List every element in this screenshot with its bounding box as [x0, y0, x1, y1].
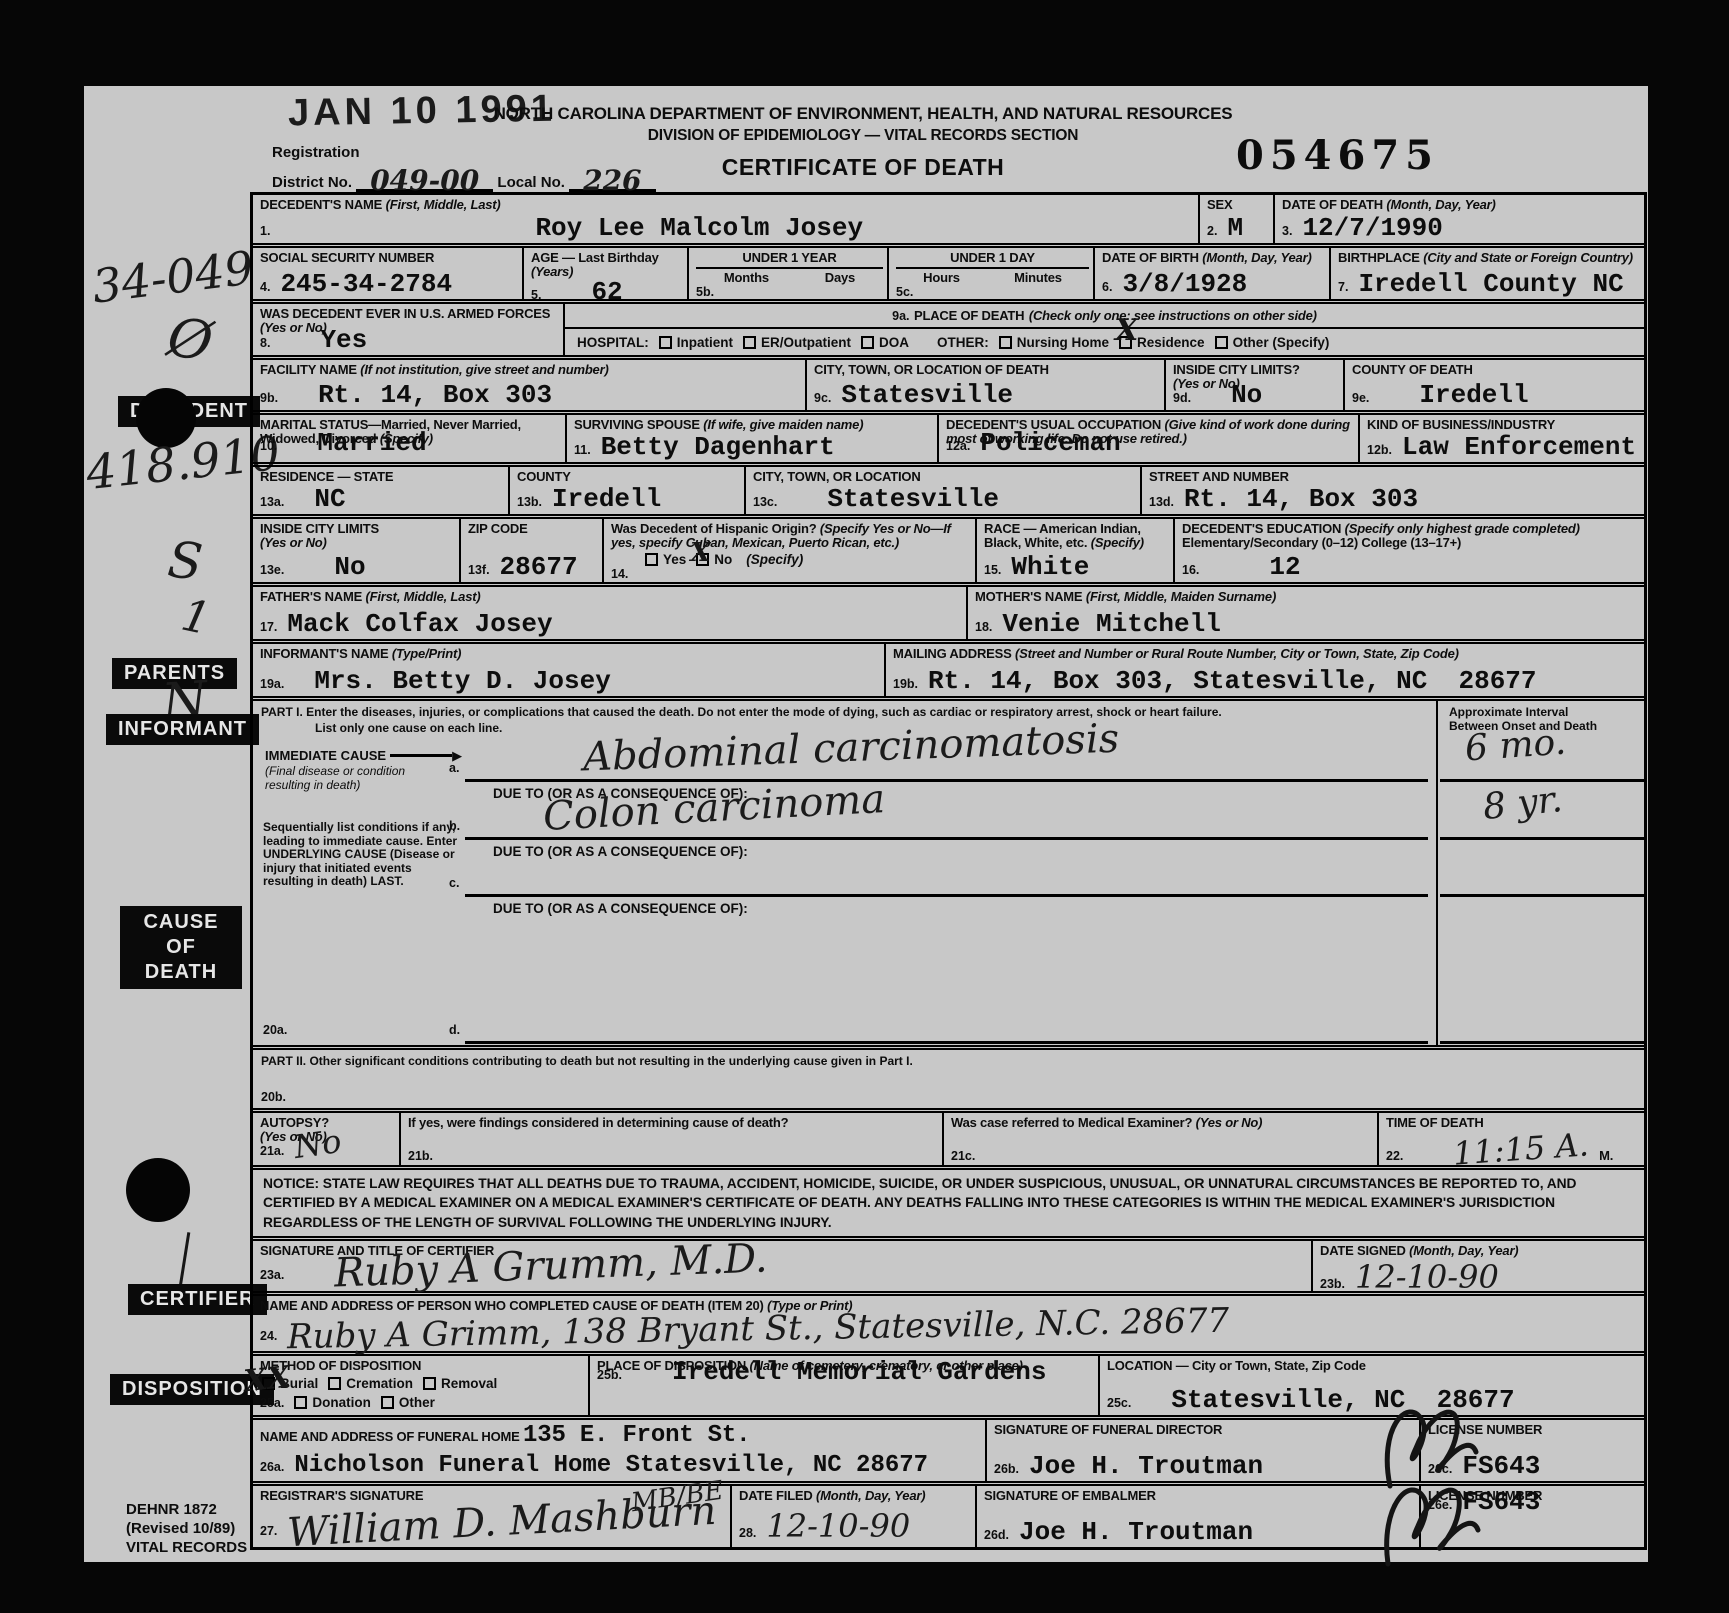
punch-hole-bottom [126, 1158, 190, 1222]
birthplace-field: BIRTHPLACE (City and State or Foreign Co… [1329, 248, 1644, 299]
funeral-director-license-value: FS643 [1462, 1453, 1540, 1479]
ssn-value: 245-34-2784 [280, 271, 452, 297]
medical-examiner-notice: NOTICE: STATE LAW REQUIRES THAT ALL DEAT… [253, 1170, 1644, 1236]
form-number-block: DEHNR 1872 (Revised 10/89) VITAL RECORDS [126, 1500, 247, 1557]
time-of-death-value: 11:15 A. [1452, 1125, 1590, 1172]
registration-label: Registration [272, 144, 656, 161]
facility-name-value: Rt. 14, Box 303 [318, 382, 552, 408]
residence-state-value: NC [314, 486, 345, 512]
place-of-disposition-field: PLACE OF DISPOSITION (Name of cemetery, … [588, 1356, 1098, 1415]
place-of-disposition-value: Iredell Memorial Gardens [672, 1359, 1046, 1385]
residence-street-field: STREET AND NUMBER 13d.Rt. 14, Box 303 [1140, 467, 1644, 514]
local-no-value: 226 [569, 172, 655, 192]
time-of-death-meridiem-label: M. [1599, 1149, 1613, 1163]
cause-line-b-rule [465, 837, 1428, 840]
date-filed-field: DATE FILED (Month, Day, Year) 28.12-10-9… [730, 1486, 975, 1547]
district-no-value: 049-00 [356, 172, 493, 192]
date-of-death-value: 12/7/1990 [1302, 215, 1442, 241]
education-value: 12 [1269, 554, 1300, 580]
other-group-label: OTHER: [937, 335, 989, 350]
other-specify-checkbox [1215, 336, 1228, 349]
mother-name-field: MOTHER'S NAME (First, Middle, Maiden Sur… [966, 587, 1644, 639]
industry-value: Law Enforcement [1402, 434, 1636, 460]
method-of-disposition-field: METHOD OF DISPOSITION XXBurial Cremation… [253, 1356, 588, 1415]
zip-code-field: ZIP CODE 13f.28677 [459, 519, 602, 582]
mailing-address-value: Rt. 14, Box 303, Statesville, NC 28677 [928, 668, 1537, 694]
inpatient-checkbox [659, 336, 672, 349]
surviving-spouse-value: Betty Dagenhart [601, 434, 835, 460]
father-name-field: FATHER'S NAME (First, Middle, Last) 17.M… [253, 587, 966, 639]
residence-inside-city-limits-field: INSIDE CITY LIMITS (Yes or No) 13e.No [253, 519, 459, 582]
occupation-field: DECEDENT'S USUAL OCCUPATION (Give kind o… [937, 415, 1358, 462]
immediate-cause-arrow-icon [390, 754, 452, 757]
residence-city-value: Statesville [827, 486, 999, 512]
date-of-death-field: DATE OF DEATH (Month, Day, Year) 3.12/7/… [1273, 195, 1644, 243]
city-of-death-field: CITY, TOWN, OR LOCATION OF DEATH 9c.Stat… [805, 360, 1164, 410]
decedent-name-value: Roy Lee Malcolm Josey [535, 215, 863, 241]
facility-name-field: FACILITY NAME (If not institution, give … [253, 360, 805, 410]
certifier-signature-field: SIGNATURE AND TITLE OF CERTIFIER 23a.Rub… [253, 1241, 1311, 1291]
part1-item-number: 20a. [263, 1023, 287, 1037]
date-signed-value: 12-10-90 [1355, 1258, 1499, 1296]
burial-check-mark: XX [242, 1360, 292, 1400]
funeral-director-name-value: Joe H. Troutman [1029, 1453, 1263, 1479]
cause-line-c-rule [465, 894, 1428, 897]
certificate-number: 054675 [1236, 132, 1439, 179]
autopsy-findings-field: If yes, were findings considered in dete… [399, 1113, 942, 1165]
hispanic-no-check-mark: X [690, 538, 710, 568]
hospital-group-label: HOSPITAL: [577, 335, 649, 350]
decedent-name-label: DECEDENT'S NAME [260, 197, 382, 212]
residence-county-field: COUNTY 13b.Iredell [508, 467, 744, 514]
margin-tab-cause-of-death: CAUSE OF DEATH [120, 906, 242, 989]
autopsy-field: AUTOPSY? (Yes or No) 21a.No [253, 1113, 399, 1165]
embalmer-license-field: LICENSE NUMBER 26e.FS643 [1419, 1486, 1644, 1547]
autopsy-value: No [292, 1122, 344, 1166]
date-signed-field: DATE SIGNED (Month, Day, Year) 23b.12-10… [1311, 1241, 1644, 1291]
age-value: 62 [591, 279, 622, 305]
immediate-cause-label: IMMEDIATE CAUSE [265, 748, 386, 763]
district-no-label: District No. [272, 174, 352, 191]
ssn-field: SOCIAL SECURITY NUMBER 4.245-34-2784 [253, 248, 522, 299]
removal-checkbox [423, 1377, 436, 1390]
residence-city-field: CITY, TOWN, OR LOCATION 13c.Statesville [744, 467, 1140, 514]
disposition-location-value: Statesville, NC 28677 [1171, 1387, 1514, 1413]
decedent-name-sublabel: (First, Middle, Last) [386, 197, 501, 212]
part1-cause-of-death-section: PART I. Enter the diseases, injuries, or… [253, 701, 1644, 1050]
embalmer-license-value: FS643 [1462, 1489, 1540, 1515]
funeral-home-field: NAME AND ADDRESS OF FUNERAL HOME 135 E. … [253, 1420, 985, 1481]
armed-forces-field: WAS DECEDENT EVER IN U.S. ARMED FORCES (… [253, 304, 563, 355]
armed-forces-value: Yes [320, 327, 367, 353]
mailing-address-field: MAILING ADDRESS (Street and Number or Ru… [884, 644, 1644, 696]
residence-county-value: Iredell [552, 486, 661, 512]
residence-inside-city-limits-value: No [334, 554, 365, 580]
funeral-director-signature-field: SIGNATURE OF FUNERAL DIRECTOR 26b.Joe H.… [985, 1420, 1419, 1481]
date-of-birth-field: DATE OF BIRTH (Month, Day, Year) 6.3/8/1… [1093, 248, 1329, 299]
race-value: White [1011, 554, 1089, 580]
date-filed-value: 12-10-90 [766, 1507, 910, 1545]
margin-tab-certifier: CERTIFIER [128, 1284, 267, 1315]
margin-note-s: S [165, 530, 205, 591]
form-number: DEHNR 1872 [126, 1500, 247, 1519]
other-disposition-checkbox [381, 1396, 394, 1409]
hispanic-yes-checkbox [645, 553, 658, 566]
mother-name-value: Venie Mitchell [1002, 611, 1220, 637]
embalmer-name-value: Joe H. Troutman [1019, 1519, 1253, 1545]
embalmer-signature-field: SIGNATURE OF EMBALMER 26d.Joe H. Troutma… [975, 1486, 1419, 1547]
date-of-birth-value: 3/8/1928 [1122, 271, 1247, 297]
race-field: RACE — American Indian, Black, White, et… [975, 519, 1173, 582]
residence-state-field: RESIDENCE — STATE 13a.NC [253, 467, 508, 514]
doa-checkbox [861, 336, 874, 349]
surviving-spouse-field: SURVIVING SPOUSE (If wife, give maiden n… [565, 415, 937, 462]
cause-line-a-value: Abdominal carcinomatosis [582, 716, 1119, 781]
disposition-location-field: LOCATION — City or Town, State, Zip Code… [1098, 1356, 1644, 1415]
medical-examiner-referral-field: Was case referred to Medical Examiner? (… [942, 1113, 1377, 1165]
under-1-day-field: UNDER 1 DAY Hours Minutes 5c. [887, 248, 1093, 299]
local-no-label: Local No. [497, 174, 565, 191]
part2-section: PART II. Other significant conditions co… [253, 1050, 1644, 1113]
cause-completer-field: NAME AND ADDRESS OF PERSON WHO COMPLETED… [253, 1296, 1644, 1351]
sex-value: M [1227, 215, 1243, 241]
informant-name-field: INFORMANT'S NAME (Type/Print) 19a.Mrs. B… [253, 644, 884, 696]
county-of-death-field: COUNTY OF DEATH 9e.Iredell [1343, 360, 1644, 410]
marital-status-field: MARITAL STATUS—Married, Never Married, W… [253, 415, 565, 462]
margin-tab-informant: INFORMANT [106, 714, 259, 745]
under-1-year-field: UNDER 1 YEAR Months Days 5b. [687, 248, 887, 299]
zip-code-value: 28677 [500, 554, 578, 580]
registrar-signature-field: REGISTRAR'S SIGNATURE MB/BE 27.William D… [253, 1486, 730, 1547]
nursing-home-checkbox [999, 336, 1012, 349]
sex-field: SEX 2.M [1198, 195, 1273, 243]
education-field: DECEDENT'S EDUCATION (Specify only highe… [1173, 519, 1644, 582]
age-field: AGE — Last Birthday (Years) 5.62 [522, 248, 687, 299]
birthplace-value: Iredell County NC [1358, 271, 1623, 297]
funeral-home-name-value: Nicholson Funeral Home Statesville, NC 2… [294, 1453, 928, 1479]
part1-instructions: PART I. Enter the diseases, injuries, or… [261, 706, 1426, 720]
hispanic-origin-field: Was Decedent of Hispanic Origin? (Specif… [602, 519, 975, 582]
er-outpatient-checkbox [743, 336, 756, 349]
cremation-checkbox [328, 1377, 341, 1390]
place-of-death-field: 9a. PLACE OF DEATH (Check only one: see … [563, 304, 1644, 355]
donation-checkbox [294, 1396, 307, 1409]
division-name: DIVISION OF EPIDEMIOLOGY — VITAL RECORDS… [468, 127, 1258, 145]
death-inside-city-limits-value: No [1231, 382, 1262, 408]
registration-block: Registration District No. 049-00 Local N… [272, 144, 656, 191]
county-of-death-value: Iredell [1419, 382, 1528, 408]
time-of-death-field: TIME OF DEATH 22.11:15 A.M. [1377, 1113, 1644, 1165]
funeral-director-license-field: LICENSE NUMBER 26c.FS643 [1419, 1420, 1644, 1481]
residence-street-value: Rt. 14, Box 303 [1184, 486, 1418, 512]
residence-check-mark: X [1115, 313, 1138, 348]
part2-instructions: PART II. Other significant conditions co… [261, 1055, 1561, 1069]
marital-status-value: Married [317, 430, 426, 456]
industry-field: KIND OF BUSINESS/INDUSTRY 12b.Law Enforc… [1358, 415, 1644, 462]
department-name: NORTH CAROLINA DEPARTMENT OF ENVIRONMENT… [468, 104, 1258, 124]
interval-column-divider [1436, 701, 1438, 1045]
funeral-home-street-value: 135 E. Front St. [523, 1422, 750, 1449]
cause-line-d-rule [465, 1041, 1428, 1044]
form-revision: (Revised 10/89) [126, 1519, 247, 1538]
decedent-name-field: DECEDENT'S NAME (First, Middle, Last) 1.… [253, 195, 1198, 243]
father-name-value: Mack Colfax Josey [287, 611, 552, 637]
scanned-death-certificate: { "colors": { "paper": "#c8c8c8", "ink":… [0, 0, 1729, 1613]
form-department: VITAL RECORDS [126, 1538, 247, 1557]
interval-a-value: 6 mo. [1464, 722, 1568, 770]
occupation-value: Policeman [980, 430, 1120, 456]
city-of-death-value: Statesville [841, 382, 1013, 408]
informant-name-value: Mrs. Betty D. Josey [314, 668, 610, 694]
death-certificate-form: DECEDENT'S NAME (First, Middle, Last) 1.… [250, 192, 1647, 1550]
death-inside-city-limits-field: INSIDE CITY LIMITS? (Yes or No) 9d.No [1164, 360, 1343, 410]
underlying-cause-instructions: Sequentially list conditions if any, lea… [263, 821, 459, 889]
interval-b-value: 8 yr. [1481, 779, 1564, 828]
